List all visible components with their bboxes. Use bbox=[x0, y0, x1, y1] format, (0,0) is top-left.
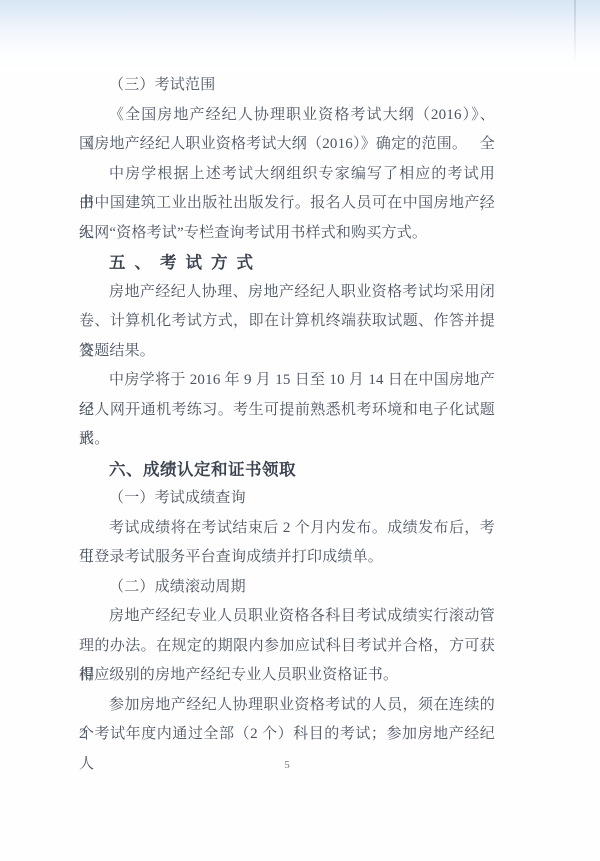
page-number: 5 bbox=[79, 756, 495, 774]
paragraph-line: 参加房地产经纪人协理职业资格考试的人员，须在连续的 2 bbox=[79, 691, 495, 721]
paragraph-line: 《全国房地产经纪人协理职业资格考试大纲（2016）》、《全 bbox=[79, 101, 495, 131]
paragraph-line: 相应级别的房地产经纪专业人员职业资格证书。 bbox=[79, 661, 495, 691]
subsection-heading-exam-scope: （三）考试范围 bbox=[79, 71, 495, 101]
scan-edge-artifact bbox=[574, 0, 576, 64]
paragraph-line: 式。 bbox=[79, 425, 495, 455]
paragraph-line: 理的办法。在规定的期限内参加应试科目考试并合格，方可获得 bbox=[79, 632, 495, 662]
document-text-block: （三）考试范围 《全国房地产经纪人协理职业资格考试大纲（2016）》、《全 国房… bbox=[79, 71, 495, 750]
scan-top-shading bbox=[0, 0, 600, 72]
paragraph-line: 考试成绩将在考试结束后 2 个月内发布。成绩发布后，考生 bbox=[79, 514, 495, 544]
paragraph-line: 卷、计算机化考试方式，即在计算机终端获取试题、作答并提交 bbox=[79, 307, 495, 337]
paragraph-line: 房地产经纪人协理、房地产经纪人职业资格考试均采用闭 bbox=[79, 278, 495, 308]
paragraph-line: 人网“资格考试”专栏查询考试用书样式和购买方式。 bbox=[79, 219, 495, 249]
paragraph-line: 国房地产经纪人职业资格考试大纲（2016）》确定的范围。 bbox=[79, 130, 495, 160]
subsection-heading-score-rolling-period: （二）成绩滚动周期 bbox=[79, 573, 495, 603]
subsection-heading-score-query: （一）考试成绩查询 bbox=[79, 484, 495, 514]
section-heading-score-and-certificate: 六、成绩认定和证书领取 bbox=[79, 455, 495, 485]
paragraph-line: 中房学将于 2016 年 9 月 15 日至 10 月 14 日在中国房地产经 bbox=[79, 366, 495, 396]
paragraph-line: 纪人网开通机考练习。考生可提前熟悉机考环境和电子化试题形 bbox=[79, 396, 495, 426]
paragraph-line: 个考试年度内通过全部（2 个）科目的考试；参加房地产经纪人 bbox=[79, 720, 495, 750]
section-heading-exam-method: 五、考试方式 bbox=[79, 248, 495, 278]
paragraph-line: 由中国建筑工业出版社出版发行。报名人员可在中国房地产经纪 bbox=[79, 189, 495, 219]
paragraph-line: 中房学根据上述考试大纲组织专家编写了相应的考试用书， bbox=[79, 160, 495, 190]
paragraph-line: 答题结果。 bbox=[79, 337, 495, 367]
scanned-document-page: （三）考试范围 《全国房地产经纪人协理职业资格考试大纲（2016）》、《全 国房… bbox=[0, 0, 600, 861]
paragraph-line: 房地产经纪专业人员职业资格各科目考试成绩实行滚动管 bbox=[79, 602, 495, 632]
paragraph-line: 可登录考试服务平台查询成绩并打印成绩单。 bbox=[79, 543, 495, 573]
